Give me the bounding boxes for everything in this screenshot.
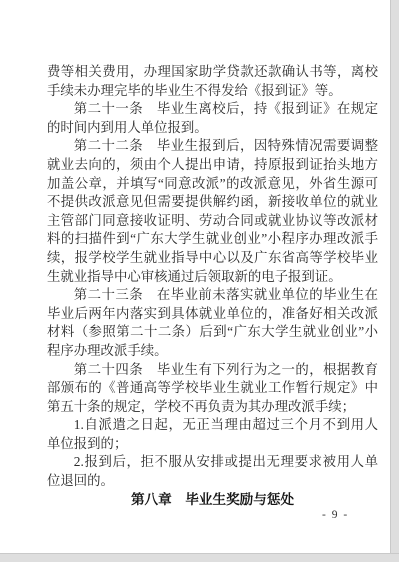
paragraph-article-23: 第二十三条 在毕业前未落实就业单位的毕业生在毕业后两年内落实到具体就业单位的，准… bbox=[47, 286, 378, 360]
page-number: - 9 - bbox=[322, 509, 349, 521]
paragraph-article-24: 第二十四条 毕业生有下列行为之一的，根据教育部颁布的《普通高等学校毕业生就业工作… bbox=[47, 361, 378, 417]
page-edge-right bbox=[390, 0, 399, 562]
list-item-2: 2.报到后，拒不服从安排或提出无理要求被用人单位退回的。 bbox=[47, 453, 378, 490]
chapter-heading: 第八章 毕业生奖励与惩处 bbox=[47, 491, 378, 510]
paragraph-article-22: 第二十二条 毕业生报到后，因特殊情况需要调整就业去向的，须由个人提出申请，持原报… bbox=[47, 137, 378, 286]
page-edge-bottom bbox=[0, 553, 399, 562]
document-page: 费等相关费用，办理国家助学贷款还款确认书等，离校手续未办理完毕的毕业生不得发给《… bbox=[0, 0, 399, 562]
list-item-1: 1.自派遣之日起，无正当理由超过三个月不到用人单位报到的； bbox=[47, 416, 378, 453]
paragraph-continuation: 费等相关费用，办理国家助学贷款还款确认书等，离校手续未办理完毕的毕业生不得发给《… bbox=[47, 63, 378, 100]
document-body: 费等相关费用，办理国家助学贷款还款确认书等，离校手续未办理完毕的毕业生不得发给《… bbox=[47, 63, 378, 509]
paragraph-article-21: 第二十一条 毕业生离校后，持《报到证》在规定的时间内到用人单位报到。 bbox=[47, 100, 378, 137]
